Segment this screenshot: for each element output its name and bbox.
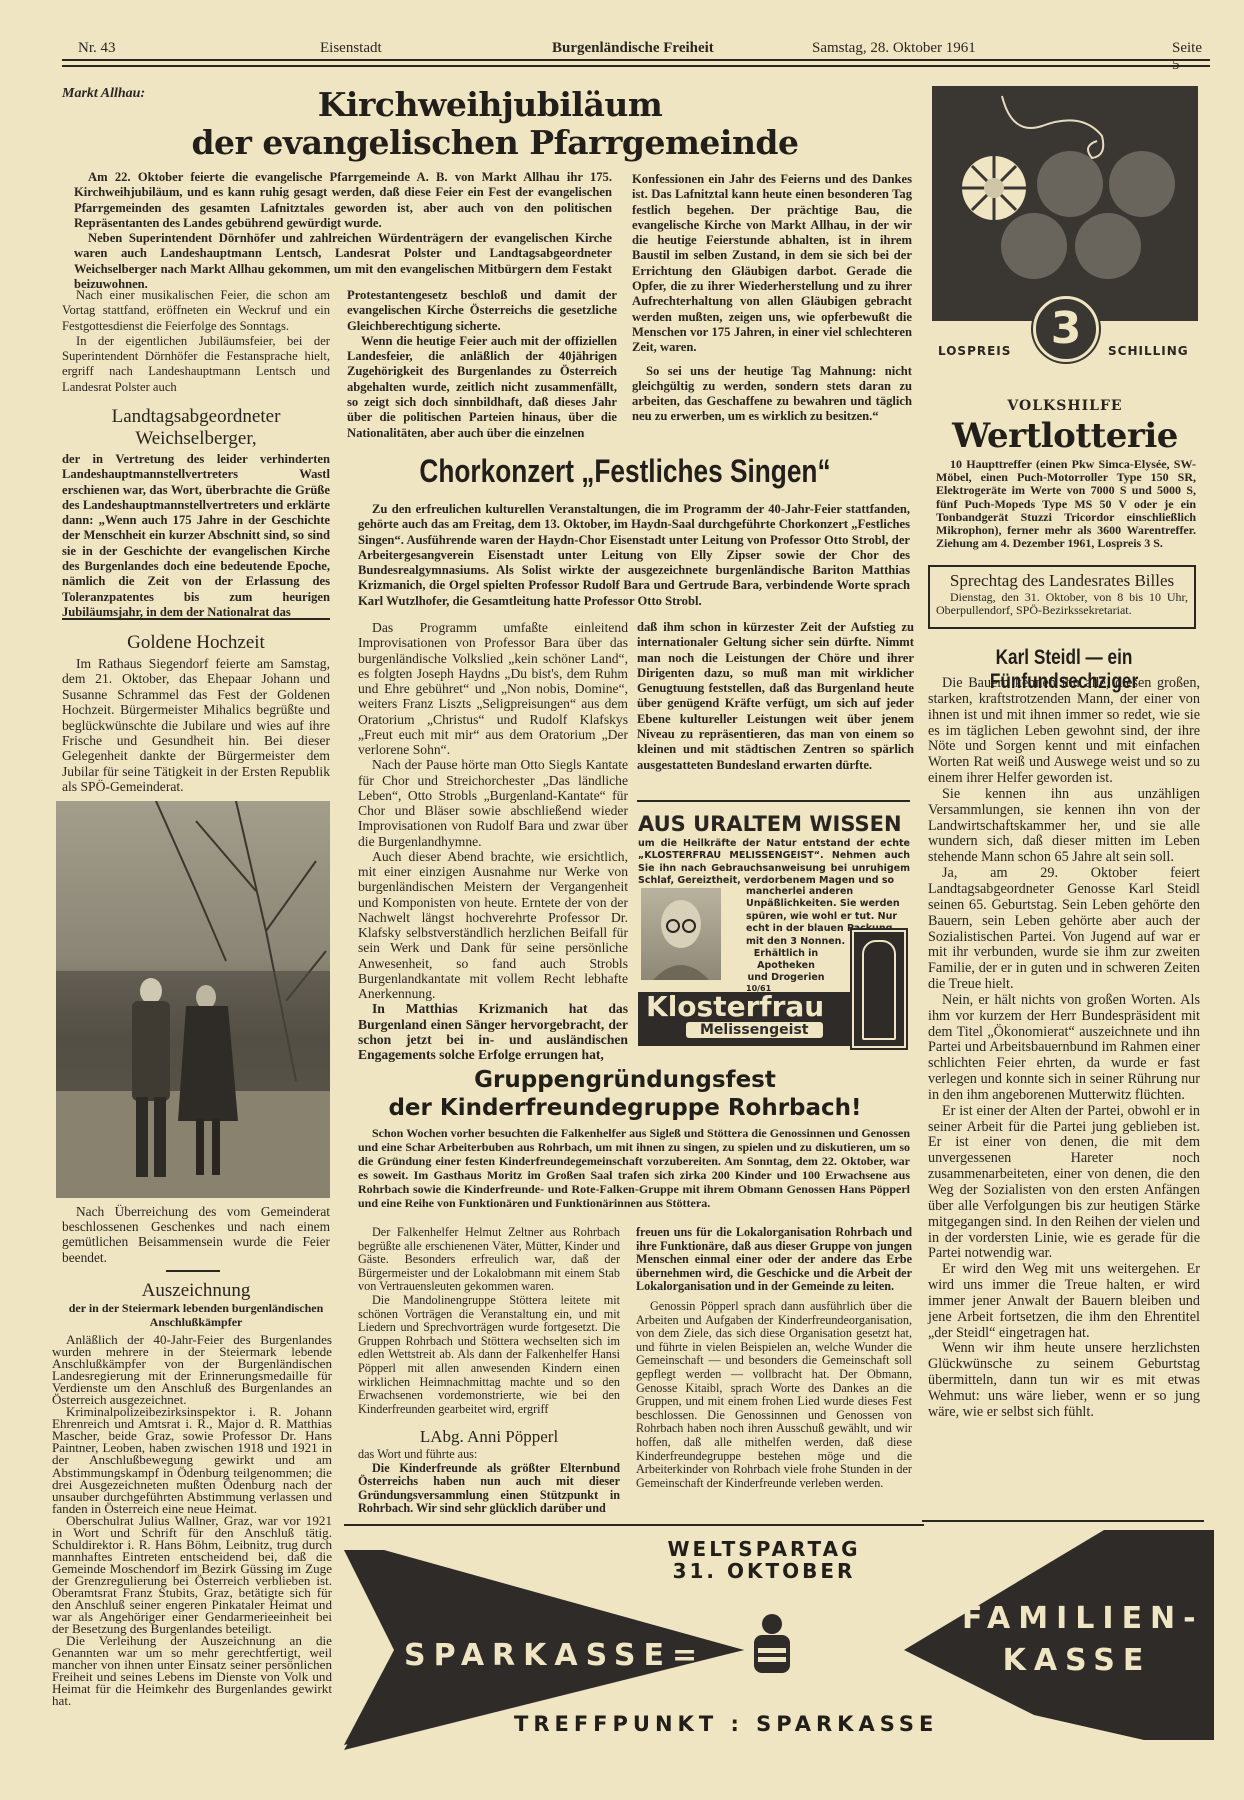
issue-date: Samstag, 28. Oktober 1961 bbox=[812, 40, 976, 57]
section-divider bbox=[166, 1270, 220, 1272]
chor-title: Chorkonzert „Festliches Singen“ bbox=[383, 452, 867, 490]
familienkasse-label: FAMILIEN- KASSE bbox=[962, 1598, 1192, 1682]
lead-kicker: Markt Allhau: bbox=[62, 86, 145, 102]
lead-subhead: Landtagsabgeordneter Weichselberger, bbox=[62, 406, 330, 450]
rohrbach-subhead: LAbg. Anni Pöpperl bbox=[358, 1426, 620, 1448]
chor-end-rule bbox=[637, 800, 910, 802]
steidl-body: Die Bauern kennen ihn alle, diesen große… bbox=[928, 676, 1200, 1421]
lospreis-label: LOSPREIS bbox=[938, 344, 1011, 358]
klosterfrau-logo-band: Klosterfrau Melissengeist bbox=[638, 992, 868, 1046]
volkshilfe-label: VOLKSHILFE bbox=[932, 398, 1198, 414]
sprechtag-body: Dienstag, den 31. Oktober, von 8 bis 10 … bbox=[936, 591, 1188, 617]
auszeichnung-subtitle: der in der Steiermark lebenden burgenlän… bbox=[62, 1302, 330, 1329]
rohrbach-col2: freuen uns für die Lokalorganisation Roh… bbox=[636, 1226, 912, 1490]
rohrbach-col1-cont: das Wort und führte aus: Die Kinderfreun… bbox=[358, 1448, 620, 1516]
sprechtag-title: Sprechtag des Landesrates Billes bbox=[936, 571, 1188, 591]
lead-col2: Protestantengesetz beschloß und damit de… bbox=[347, 288, 617, 441]
rohrbach-intro: Schon Wochen vorher besuchten die Falken… bbox=[358, 1126, 910, 1210]
price-badge: 3 bbox=[1033, 296, 1099, 362]
couple-photo bbox=[56, 801, 330, 1198]
klosterfrau-title: AUS URALTEM WISSEN bbox=[638, 812, 910, 836]
schilling-label: SCHILLING bbox=[1108, 344, 1189, 358]
portrait-illustration bbox=[641, 888, 721, 980]
lottery-ad-image bbox=[932, 86, 1198, 321]
lead-col1: Nach einer musikalischen Feier, die scho… bbox=[62, 288, 330, 395]
couple-photo-illustration bbox=[56, 801, 330, 1198]
hochzeit-body: Im Rathaus Siegendorf feierte am Samstag… bbox=[62, 656, 330, 795]
city: Eisenstadt bbox=[320, 40, 382, 57]
sparkasse-ad: WELTSPARTAG 31. OKTOBER SPARKASSE= FAMIL… bbox=[344, 1530, 1214, 1755]
lead-col1-cont: der in Vertretung des leider verhinderte… bbox=[62, 452, 330, 620]
klosterfrau-portrait bbox=[641, 888, 721, 980]
treffpunkt-label: TREFFPUNKT : SPARKASSE bbox=[514, 1712, 938, 1736]
lead-title-line2: der evangelischen Pfarrgemeinde bbox=[100, 124, 890, 162]
klosterfrau-bottle-icon bbox=[852, 930, 906, 1048]
hochzeit-caption: Nach Überreichung des vom Gemeinderat be… bbox=[62, 1204, 330, 1265]
sprechtag-box: Sprechtag des Landesrates Billes Diensta… bbox=[928, 565, 1196, 629]
lottery-body: 10 Haupttreffer (einen Pkw Simca-Elysée,… bbox=[936, 458, 1196, 550]
lead-end-rule bbox=[62, 618, 330, 620]
rohrbach-title: Gruppengründungsfest der Kinderfreundegr… bbox=[330, 1066, 920, 1122]
header-rule bbox=[62, 59, 1210, 67]
steidl-end-rule bbox=[922, 1520, 1204, 1522]
klosterfrau-availability: Erhältlich in Apotheken und Drogerien bbox=[746, 948, 826, 984]
chor-intro: Zu den erfreulichen kulturellen Veransta… bbox=[358, 502, 910, 609]
lead-col3: Konfessionen ein Jahr des Feierns und de… bbox=[632, 172, 912, 425]
lottery-title: Wertlotterie bbox=[932, 416, 1198, 456]
weltspartag-label: WELTSPARTAG 31. OKTOBER bbox=[644, 1538, 884, 1582]
lead-intro: Am 22. Oktober feierte die evangelische … bbox=[74, 170, 612, 292]
lead-title-line1: Kirchweihjubiläum bbox=[190, 86, 790, 124]
paper-name: Burgenländische Freiheit bbox=[552, 40, 714, 57]
lottery-balls-illustration bbox=[932, 86, 1198, 321]
issue-number: Nr. 43 bbox=[78, 40, 116, 57]
page-number: Seite 5 bbox=[1172, 40, 1204, 74]
chor-col2: daß ihm schon in kürzester Zeit der Aufs… bbox=[637, 620, 914, 773]
chor-col1: Das Programm umfaßte einleitend Improvis… bbox=[358, 620, 628, 1062]
auszeichnung-title: Auszeichnung bbox=[62, 1280, 330, 1302]
rohrbach-col1: Der Falkenhelfer Helmut Zeltner aus Rohr… bbox=[358, 1226, 620, 1416]
hochzeit-title: Goldene Hochzeit bbox=[62, 632, 330, 654]
auszeichnung-body: Anläßlich der 40-Jahr-Feier des Burgenla… bbox=[52, 1334, 332, 1707]
klosterfrau-body1: um die Heilkräfte der Natur entstand der… bbox=[638, 838, 910, 888]
rohrbach-end-rule bbox=[344, 1524, 924, 1526]
sparkasse-label: SPARKASSE= bbox=[404, 1638, 705, 1673]
